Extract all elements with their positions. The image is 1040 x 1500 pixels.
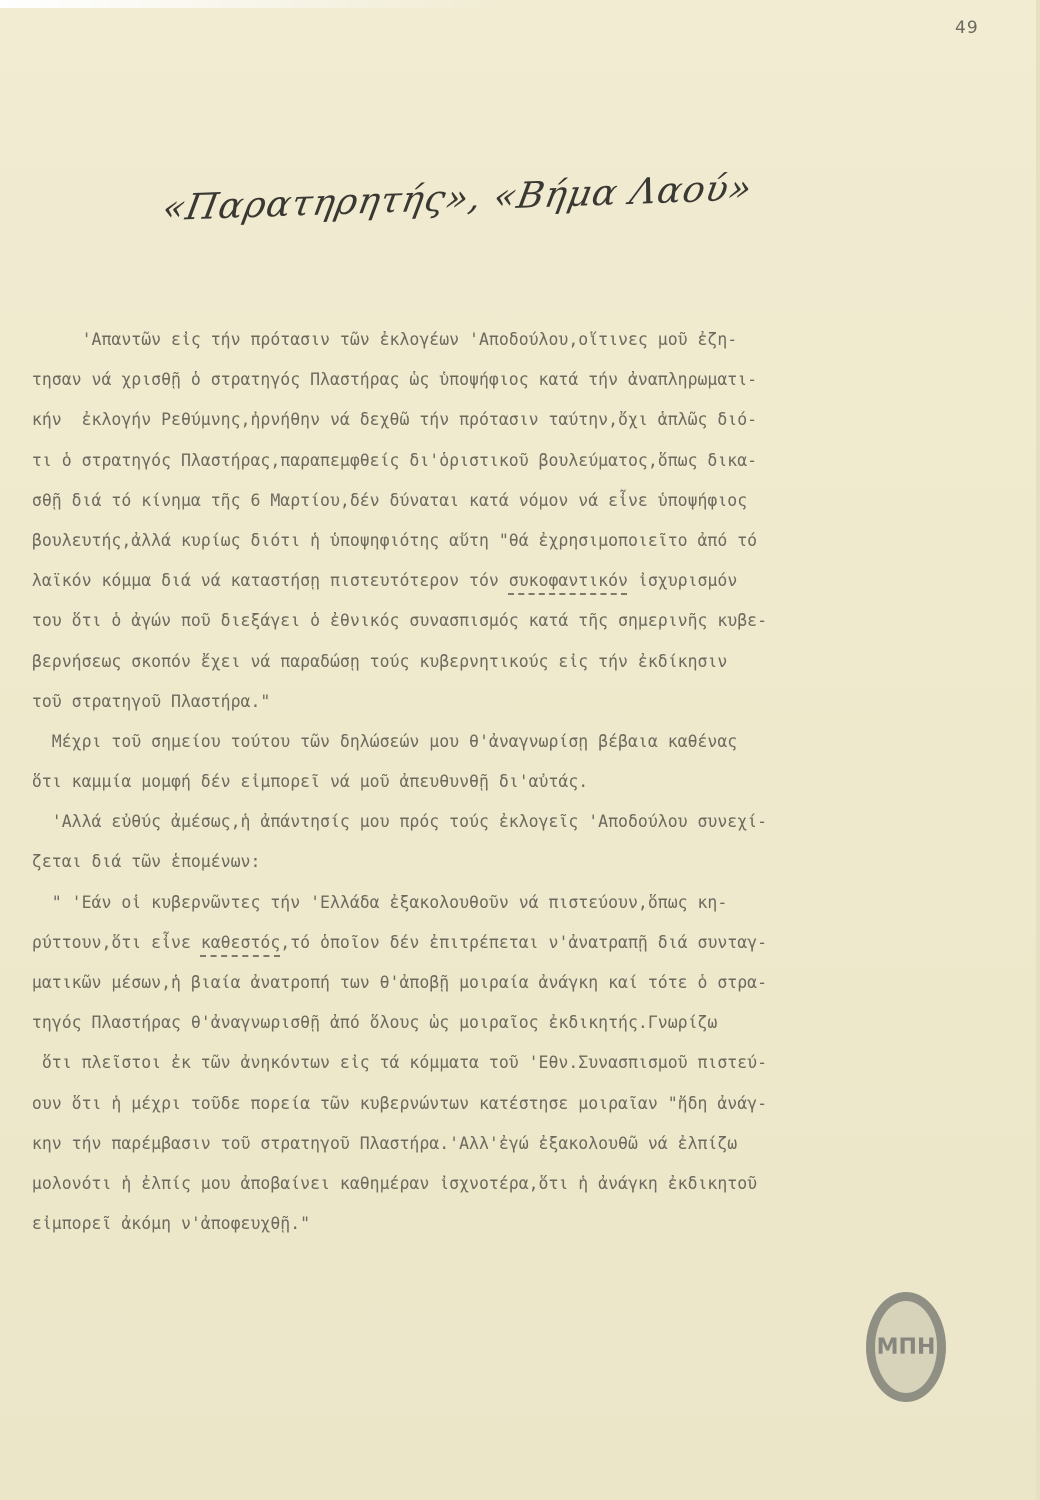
text-line: ὅτι καμμία μομφή δέν εἰμπορεῖ νά μοῦ ἀπε… [22, 762, 1032, 802]
text-line: 'Απαντῶν εἰς τήν πρότασιν τῶν ἐκλογέων '… [22, 320, 1032, 360]
text-line: ζεται διά τῶν ἑπομένων: [22, 842, 1032, 882]
text-line: τησαν νά χρισθῇ ὁ στρατηγός Πλαστήρας ὡς… [22, 360, 1032, 400]
text-line: εἰμπορεῖ ἀκόμη ν'ἀποφευχθῇ." [22, 1204, 1032, 1244]
text-line: 'Αλλά εὐθύς ἀμέσως,ἡ ἀπάντησίς μου πρός … [22, 802, 1032, 842]
page-number: 49 [955, 18, 979, 38]
paper-top-edge [0, 0, 500, 8]
text-line: μολονότι ἡ ἐλπίς μου ἀποβαίνει καθημέραν… [22, 1164, 1032, 1204]
document-page: 49 «Παρατηρητής», «Βήμα Λαού» 'Απαντῶν ε… [0, 0, 1040, 1500]
typewritten-body: 'Απαντῶν εἰς τήν πρότασιν τῶν ἐκλογέων '… [22, 320, 1032, 1244]
text-line: κην τήν παρέμβασιν τοῦ στρατηγοῦ Πλαστήρ… [22, 1124, 1032, 1164]
text-line: Μέχρι τοῦ σημείου τούτου τῶν δηλώσεών μο… [22, 722, 1032, 762]
handwritten-title: «Παρατηρητής», «Βήμα Λαού» [159, 168, 755, 229]
paper-right-edge [1036, 0, 1040, 1500]
underlined-word: συκοφαντικόν [509, 571, 628, 590]
text-line: ρύττουν,ὅτι εἶνε καθεστός,τό ὁποῖον δέν … [22, 923, 1032, 963]
text-line: βουλευτής,ἀλλά κυρίως διότι ἡ ὑποψηφιότη… [22, 521, 1032, 561]
archive-seal-icon: ΜΠΗ [866, 1292, 946, 1402]
text-line: σθῇ διά τό κίνημα τῆς 6 Μαρτίου,δέν δύνα… [22, 481, 1032, 521]
text-line: τι ὁ στρατηγός Πλαστήρας,παραπεμφθείς δι… [22, 441, 1032, 481]
text-line: κήν ἐκλογήν Ρεθύμνης,ἠρνήθην νά δεχθῶ τή… [22, 400, 1032, 440]
text-line: " 'Εάν οἱ κυβερνῶντες τήν 'Ελλάδα ἐξακολ… [22, 883, 1032, 923]
watermark-label: ΜΠΗ [877, 1335, 936, 1360]
underlined-word: καθεστός [201, 933, 280, 952]
text-line: λαϊκόν κόμμα διά νά καταστήσῃ πιστευτότε… [22, 561, 1032, 601]
text-line: τηγός Πλαστήρας θ'ἀναγνωρισθῇ ἀπό ὅλους … [22, 1003, 1032, 1043]
text-line: βερνήσεως σκοπόν ἔχει νά παραδώσῃ τούς κ… [22, 642, 1032, 682]
text-line: του ὅτι ὁ ἀγών ποῦ διεξάγει ὁ ἐθνικός συ… [22, 601, 1032, 641]
text-line: ματικῶν μέσων,ἡ βιαία ἀνατροπή των θ'ἀπο… [22, 963, 1032, 1003]
text-line: τοῦ στρατηγοῦ Πλαστήρα." [22, 682, 1032, 722]
text-line: ὅτι πλεῖστοι ἐκ τῶν ἀνηκόντων εἰς τά κόμ… [22, 1043, 1032, 1083]
text-line: ουν ὅτι ἡ μέχρι τοῦδε πορεία τῶν κυβερνώ… [22, 1084, 1032, 1124]
